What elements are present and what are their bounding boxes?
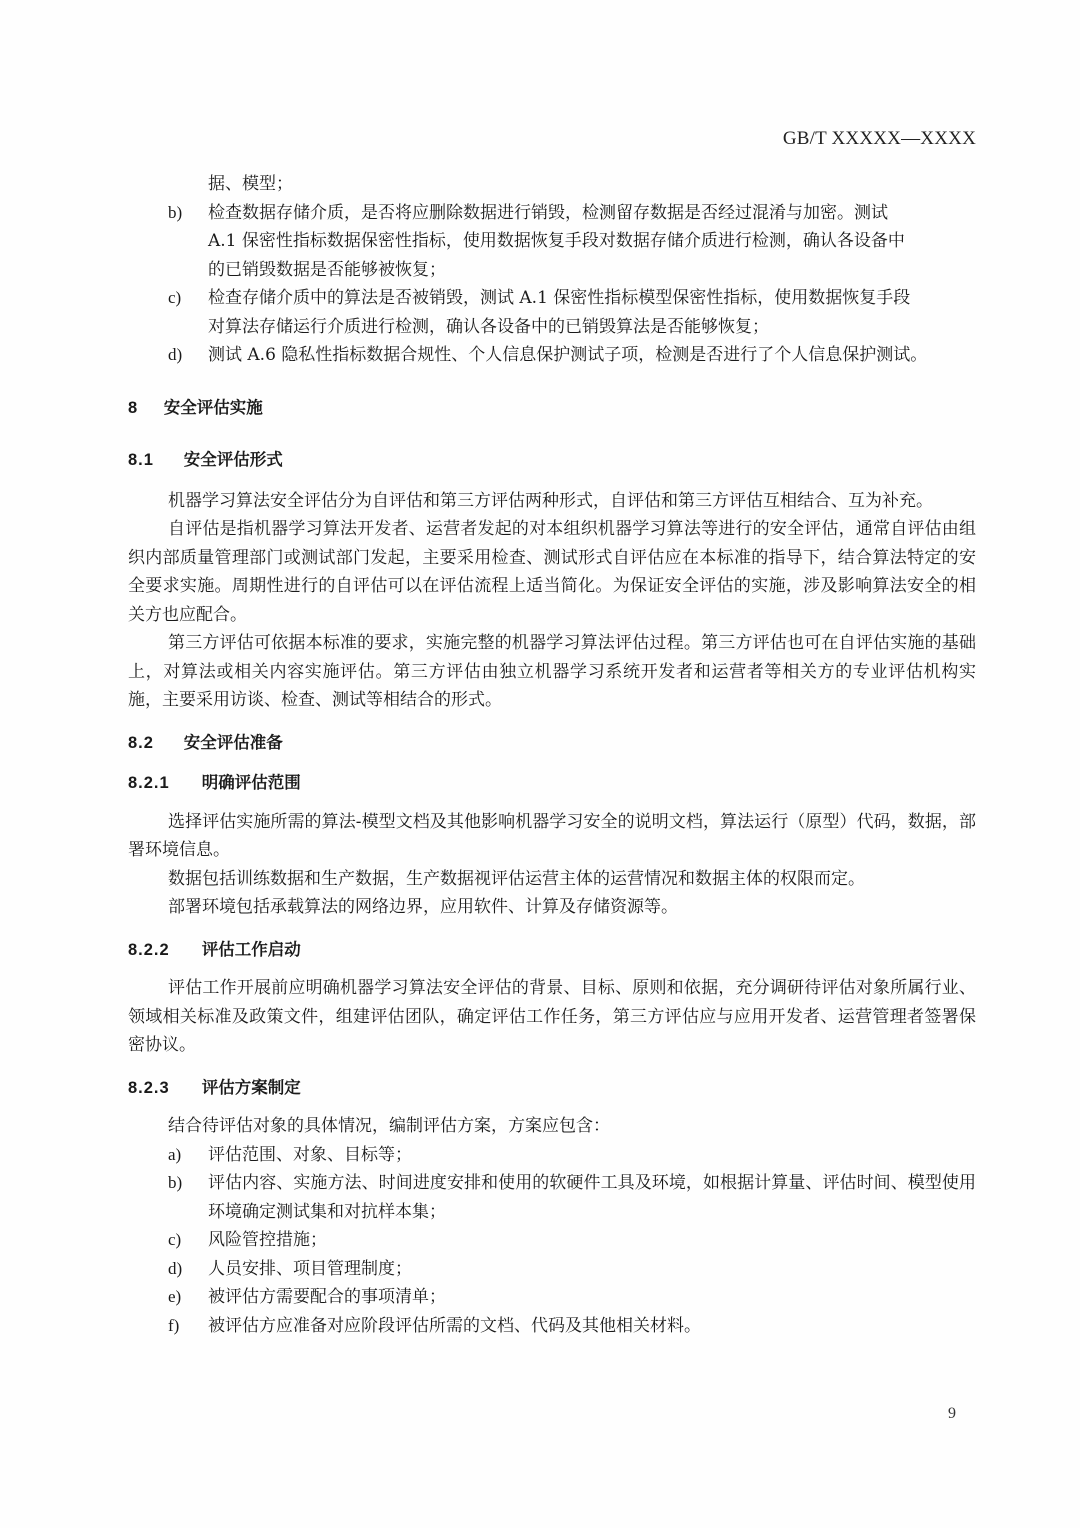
- list-item-text: 评估范围、对象、目标等；: [208, 1141, 976, 1170]
- section-number: 8: [128, 394, 158, 423]
- list-item-c: c) 检查存储介质中的算法是否被销毁，测试 A.1 保密性指标模型保密性指标，使…: [128, 284, 976, 341]
- list-item-c: c) 风险管控措施；: [128, 1226, 976, 1255]
- list-item-d: d) 测试 A.6 隐私性指标数据合规性、个人信息保护测试子项，检测是否进行了个…: [128, 341, 976, 370]
- continued-list: 据、模型； b) 检查数据存储介质，是否将应删除数据进行销毁，检测留存数据是否经…: [128, 170, 976, 370]
- section-body-8-2-3: 结合待评估对象的具体情况，编制评估方案，方案应包含： a) 评估范围、对象、目标…: [128, 1112, 976, 1340]
- list-continuation-line: 据、模型；: [128, 170, 976, 199]
- list-item-text: 风险管控措施；: [208, 1226, 976, 1255]
- section-heading-8-2-1: 8.2.1 明确评估范围: [128, 769, 976, 798]
- section-number: 8.1: [128, 446, 178, 475]
- list-item-text: 测试 A.6 隐私性指标数据合规性、个人信息保护测试子项，检测是否进行了个人信息…: [208, 341, 976, 370]
- list-item-text: 人员安排、项目管理制度；: [208, 1255, 976, 1284]
- list-marker: d): [128, 341, 208, 370]
- text-line: 测试 A.6 隐私性指标数据合规性、个人信息保护测试子项，检测是否进行了个人信息…: [208, 341, 976, 370]
- section-heading-8-2-3: 8.2.3 评估方案制定: [128, 1074, 976, 1103]
- text-line: A.1 保密性指标数据保密性指标，使用数据恢复手段对数据存储介质进行检测，确认各…: [208, 227, 976, 256]
- section-heading-8-1: 8.1 安全评估形式: [128, 446, 976, 475]
- section-heading-8: 8 安全评估实施: [128, 394, 976, 423]
- section-title: 评估工作启动: [202, 940, 301, 959]
- section-number: 8.2: [128, 729, 178, 758]
- standard-code-header: GB/T XXXXX—XXXX: [783, 128, 976, 150]
- list-item-text: 被评估方需要配合的事项清单；: [208, 1283, 976, 1312]
- list-marker: f): [128, 1312, 208, 1341]
- list-item-b: b) 评估内容、实施方法、时间进度安排和使用的软硬件工具及环境，如根据计算量、评…: [128, 1169, 976, 1226]
- paragraph: 数据包括训练数据和生产数据，生产数据视评估运营主体的运营情况和数据主体的权限而定…: [128, 865, 976, 894]
- list-marker: c): [128, 284, 208, 341]
- list-item-a: a) 评估范围、对象、目标等；: [128, 1141, 976, 1170]
- section-body-8-2-1: 选择评估实施所需的算法-模型文档及其他影响机器学习安全的说明文档，算法运行（原型…: [128, 808, 976, 922]
- list-marker: c): [128, 1226, 208, 1255]
- list-item-d: d) 人员安排、项目管理制度；: [128, 1255, 976, 1284]
- section-number: 8.2.1: [128, 769, 196, 798]
- paragraph: 部署环境包括承载算法的网络边界，应用软件、计算及存储资源等。: [128, 893, 976, 922]
- list-item-f: f) 被评估方应准备对应阶段评估所需的文档、代码及其他相关材料。: [128, 1312, 976, 1341]
- section-heading-8-2: 8.2 安全评估准备: [128, 729, 976, 758]
- list-item-text: 检查存储介质中的算法是否被销毁，测试 A.1 保密性指标模型保密性指标，使用数据…: [208, 284, 976, 341]
- list-marker: e): [128, 1283, 208, 1312]
- section-heading-8-2-2: 8.2.2 评估工作启动: [128, 936, 976, 965]
- text-line: 检查数据存储介质，是否将应删除数据进行销毁，检测留存数据是否经过混淆与加密。测试: [208, 199, 976, 228]
- paragraph: 评估工作开展前应明确机器学习算法安全评估的背景、目标、原则和依据，充分调研待评估…: [128, 974, 976, 1060]
- text-line: 对算法存储运行介质进行检测，确认各设备中的已销毁算法是否能够恢复；: [208, 313, 976, 342]
- paragraph: 选择评估实施所需的算法-模型文档及其他影响机器学习安全的说明文档，算法运行（原型…: [128, 808, 976, 865]
- document-page: GB/T XXXXX—XXXX 据、模型； b) 检查数据存储介质，是否将应删除…: [0, 0, 1080, 1528]
- section-title: 安全评估实施: [164, 398, 263, 417]
- section-title: 安全评估形式: [184, 450, 283, 469]
- paragraph: 自评估是指机器学习算法开发者、运营者发起的对本组织机器学习算法等进行的安全评估，…: [128, 515, 976, 629]
- list-marker: d): [128, 1255, 208, 1284]
- section-title: 评估方案制定: [202, 1078, 301, 1097]
- section-title: 明确评估范围: [202, 773, 301, 792]
- section-title: 安全评估准备: [184, 733, 283, 752]
- list-marker: b): [128, 1169, 208, 1226]
- section-body-8-1: 机器学习算法安全评估分为自评估和第三方评估两种形式，自评估和第三方评估互相结合、…: [128, 487, 976, 715]
- page-number: 9: [948, 1405, 956, 1423]
- paragraph: 机器学习算法安全评估分为自评估和第三方评估两种形式，自评估和第三方评估互相结合、…: [128, 487, 976, 516]
- page-content: 据、模型； b) 检查数据存储介质，是否将应删除数据进行销毁，检测留存数据是否经…: [128, 170, 976, 1340]
- list-marker: b): [128, 199, 208, 285]
- list-item-text: 检查数据存储介质，是否将应删除数据进行销毁，检测留存数据是否经过混淆与加密。测试…: [208, 199, 976, 285]
- list-item-b: b) 检查数据存储介质，是否将应删除数据进行销毁，检测留存数据是否经过混淆与加密…: [128, 199, 976, 285]
- list-item-text: 评估内容、实施方法、时间进度安排和使用的软硬件工具及环境，如根据计算量、评估时间…: [208, 1169, 976, 1226]
- section-number: 8.2.3: [128, 1074, 196, 1103]
- paragraph: 第三方评估可依据本标准的要求，实施完整的机器学习算法评估过程。第三方评估也可在自…: [128, 629, 976, 715]
- list-item-text: 被评估方应准备对应阶段评估所需的文档、代码及其他相关材料。: [208, 1312, 976, 1341]
- list-marker: a): [128, 1141, 208, 1170]
- section-number: 8.2.2: [128, 936, 196, 965]
- list-item-e: e) 被评估方需要配合的事项清单；: [128, 1283, 976, 1312]
- text-line: 的已销毁数据是否能够被恢复；: [208, 256, 976, 285]
- text-line: 检查存储介质中的算法是否被销毁，测试 A.1 保密性指标模型保密性指标，使用数据…: [208, 284, 976, 313]
- section-body-8-2-2: 评估工作开展前应明确机器学习算法安全评估的背景、目标、原则和依据，充分调研待评估…: [128, 974, 976, 1060]
- paragraph-intro: 结合待评估对象的具体情况，编制评估方案，方案应包含：: [128, 1112, 976, 1141]
